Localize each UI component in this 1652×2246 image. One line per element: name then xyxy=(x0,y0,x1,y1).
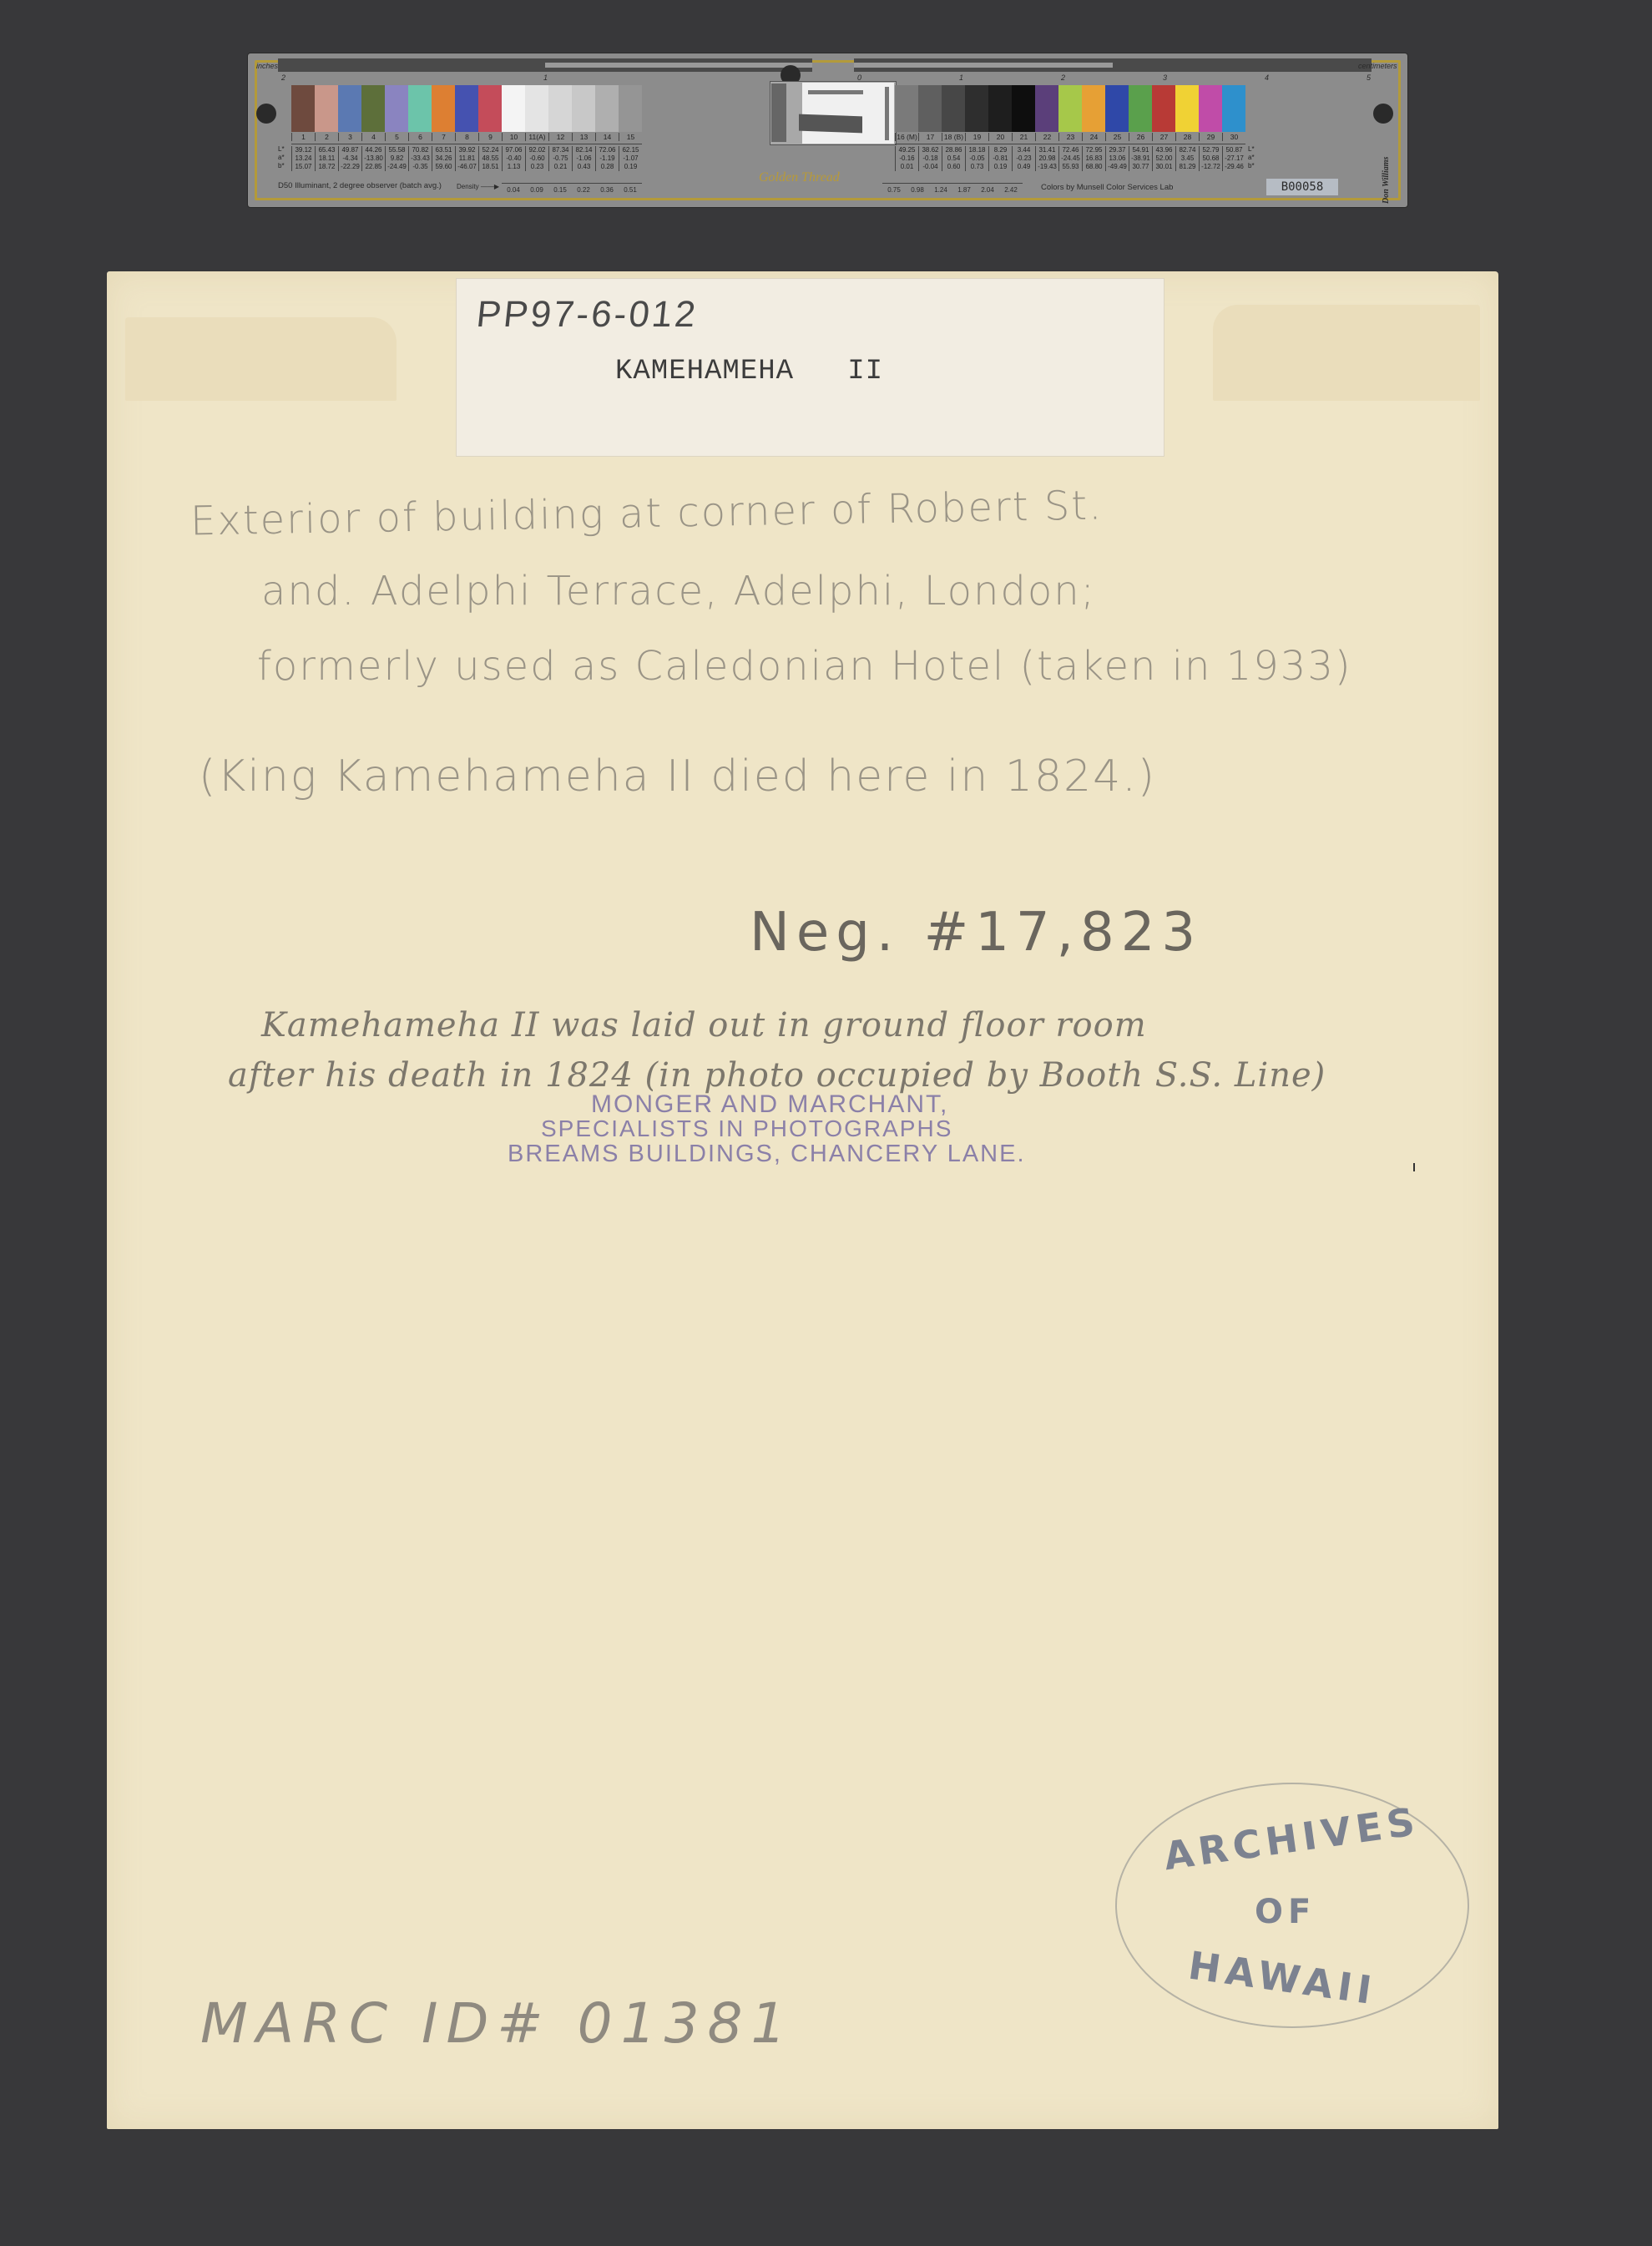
script-note-line: after his death in 1824 (in photo occupi… xyxy=(228,1056,1326,1095)
lab-value: 16.83 xyxy=(1083,154,1105,163)
lab-value: 29.37 xyxy=(1106,146,1129,154)
color-swatch xyxy=(595,85,619,132)
patch-number: 13 xyxy=(572,133,595,141)
color-calibration-target: inches 2 1 0 centimeters 0 1 2 3 4 5 1 2… xyxy=(248,53,1407,207)
lab-value: 0.43 xyxy=(573,163,595,171)
lab-value: 43.96 xyxy=(1153,146,1175,154)
catalog-label: PP97-6-012 KAMEHAMEHA II xyxy=(456,278,1164,457)
lab-value: 72.46 xyxy=(1059,146,1082,154)
cm-mark: 2 xyxy=(1061,73,1065,82)
patch-number: 11(A) xyxy=(525,133,548,141)
lab-value: -0.81 xyxy=(989,154,1012,163)
color-swatch xyxy=(1012,85,1035,132)
lab-value: 97.06 xyxy=(503,146,525,154)
pencil-note-line: Exterior of building at corner of Robert… xyxy=(190,482,1104,544)
lab-values-right: 49.25-0.160.0138.62-0.18-0.0428.860.540.… xyxy=(895,144,1245,171)
patch-numbers-right: 16 (M) 17 18 (B) 19 20 21 22 23 24 25 26… xyxy=(895,133,1245,141)
lab-value: 59.60 xyxy=(432,163,455,171)
lab-value-column: 29.3713.06-49.49 xyxy=(1105,146,1129,171)
inch-unit-label: inches xyxy=(256,62,278,70)
color-swatch xyxy=(1175,85,1199,132)
lab-axis-label: L* xyxy=(1248,145,1255,154)
color-swatch xyxy=(1152,85,1175,132)
lab-value: 62.15 xyxy=(619,146,642,154)
patch-number: 22 xyxy=(1035,133,1058,141)
patch-number: 12 xyxy=(548,133,572,141)
studio-stamp-line: MONGER AND MARCHANT, xyxy=(591,1092,948,1117)
color-swatch xyxy=(478,85,502,132)
lab-value: 82.14 xyxy=(573,146,595,154)
cm-mark: 3 xyxy=(1163,73,1167,82)
color-swatch xyxy=(432,85,455,132)
lab-value: -0.05 xyxy=(966,154,988,163)
lab-value: 39.92 xyxy=(456,146,478,154)
lab-value: 92.02 xyxy=(526,146,548,154)
density-value: 1.87 xyxy=(952,186,976,194)
lab-value: -0.18 xyxy=(919,154,942,163)
lab-value: 18.51 xyxy=(479,163,502,171)
lab-value: -1.06 xyxy=(573,154,595,163)
script-note-line: Kamehameha II was laid out in ground flo… xyxy=(261,1006,1147,1045)
cm-mark: 1 xyxy=(959,73,963,82)
patch-number: 23 xyxy=(1058,133,1082,141)
cm-unit-label: centimeters xyxy=(1358,62,1397,70)
studio-stamp-line: SPECIALISTS IN PHOTOGRAPHS xyxy=(541,1117,952,1141)
density-value: 0.22 xyxy=(572,186,595,194)
lab-value-column: 70.82-33.43-0.35 xyxy=(408,146,432,171)
lab-value: -0.75 xyxy=(549,154,572,163)
lab-value: 30.01 xyxy=(1153,163,1175,171)
archives-of-hawaii-stamp: ARCHIVES OF HAWAII xyxy=(1115,1783,1469,2028)
lab-value: 39.12 xyxy=(292,146,315,154)
resolution-target xyxy=(770,81,897,145)
lab-axis-label: a* xyxy=(1248,154,1255,162)
color-swatch xyxy=(548,85,572,132)
lab-value-column: 50.87-27.17-29.46 xyxy=(1222,146,1245,171)
color-swatch xyxy=(572,85,595,132)
studio-stamp-line: BREAMS BUILDINGS, CHANCERY LANE. xyxy=(508,1142,1026,1166)
lab-value: 48.55 xyxy=(479,154,502,163)
lab-axis-label: b* xyxy=(1248,162,1255,170)
lab-value: 30.77 xyxy=(1129,163,1152,171)
patch-number: 4 xyxy=(361,133,385,141)
patch-number: 19 xyxy=(965,133,988,141)
patch-number: 7 xyxy=(432,133,455,141)
lab-value-column: 28.860.540.60 xyxy=(942,146,965,171)
patch-number: 30 xyxy=(1222,133,1245,141)
lab-value: 34.26 xyxy=(432,154,455,163)
lab-value: 72.95 xyxy=(1083,146,1105,154)
lab-value: -24.45 xyxy=(1059,154,1082,163)
lab-value: 0.73 xyxy=(966,163,988,171)
lab-value: 11.81 xyxy=(456,154,478,163)
patch-number: 15 xyxy=(619,133,642,141)
color-swatch xyxy=(965,85,988,132)
swatch-row-left xyxy=(291,85,642,132)
lab-value: 13.06 xyxy=(1106,154,1129,163)
patch-number: 9 xyxy=(478,133,502,141)
color-swatch xyxy=(1105,85,1129,132)
lab-value-column: 92.02-0.600.23 xyxy=(525,146,548,171)
lab-value-column: 62.15-1.070.19 xyxy=(619,146,642,171)
color-swatch xyxy=(291,85,315,132)
density-value: 0.51 xyxy=(619,186,642,194)
lab-value-column: 43.9652.0030.01 xyxy=(1152,146,1175,171)
color-swatch xyxy=(1035,85,1058,132)
lab-value: 49.87 xyxy=(339,146,361,154)
density-value: 0.36 xyxy=(595,186,619,194)
patch-number: 26 xyxy=(1129,133,1152,141)
color-swatch xyxy=(942,85,965,132)
color-swatch xyxy=(525,85,548,132)
lab-value: 0.49 xyxy=(1013,163,1035,171)
lab-value: -49.49 xyxy=(1106,163,1129,171)
color-swatch xyxy=(385,85,408,132)
color-swatch xyxy=(895,85,918,132)
lab-value: 22.85 xyxy=(362,163,385,171)
color-swatch xyxy=(1082,85,1105,132)
lab-value-column: 49.25-0.160.01 xyxy=(895,146,918,171)
lab-value: 0.19 xyxy=(989,163,1012,171)
lab-value: 31.41 xyxy=(1036,146,1058,154)
lab-value-column: 38.62-0.18-0.04 xyxy=(918,146,942,171)
lab-value-column: 87.34-0.750.21 xyxy=(548,146,572,171)
lab-value: -0.23 xyxy=(1013,154,1035,163)
color-swatch xyxy=(988,85,1012,132)
lab-value: 0.60 xyxy=(942,163,965,171)
lab-value: -0.04 xyxy=(919,163,942,171)
lab-value: 0.23 xyxy=(526,163,548,171)
patch-number: 10 xyxy=(502,133,525,141)
pencil-note-line: (King Kamehameha II died here in 1824.) xyxy=(199,751,1156,802)
lab-value: -27.17 xyxy=(1223,154,1245,163)
patch-number: 25 xyxy=(1105,133,1129,141)
stamp-middle-word: OF xyxy=(1255,1893,1316,1931)
lab-value: 0.01 xyxy=(896,163,918,171)
label-title: KAMEHAMEHA II xyxy=(615,356,883,387)
lab-value: -33.43 xyxy=(409,154,432,163)
lab-value: 0.54 xyxy=(942,154,965,163)
lab-value: 55.93 xyxy=(1059,163,1082,171)
lab-value-column: 55.589.82-24.49 xyxy=(385,146,408,171)
color-swatch xyxy=(1058,85,1082,132)
lab-value: 18.72 xyxy=(316,163,338,171)
lab-value: 63.51 xyxy=(432,146,455,154)
swatch-row-right xyxy=(895,85,1245,132)
lab-value: 8.29 xyxy=(989,146,1012,154)
lab-value: -13.80 xyxy=(362,154,385,163)
inch-mark: 1 xyxy=(543,73,548,82)
batch-id: B00058 xyxy=(1266,179,1338,195)
lab-value-column: 65.4318.1118.72 xyxy=(315,146,338,171)
inch-ruler-bar xyxy=(278,58,812,72)
lab-value-column: 63.5134.2659.60 xyxy=(432,146,455,171)
lab-value: 49.25 xyxy=(896,146,918,154)
patch-number: 1 xyxy=(291,133,315,141)
lab-value: 18.18 xyxy=(966,146,988,154)
patch-number: 27 xyxy=(1152,133,1175,141)
lab-value: 9.82 xyxy=(386,154,408,163)
lab-value: -1.07 xyxy=(619,154,642,163)
patch-number: 5 xyxy=(385,133,408,141)
lab-value: 0.21 xyxy=(549,163,572,171)
density-value: 1.24 xyxy=(929,186,952,194)
density-value: 2.04 xyxy=(976,186,999,194)
patch-number: 17 xyxy=(918,133,942,141)
lab-axis-right: L* a* b* xyxy=(1248,145,1255,170)
lab-value: 81.29 xyxy=(1176,163,1199,171)
patch-number: 14 xyxy=(595,133,619,141)
adhesive-residue-right xyxy=(1213,305,1480,401)
patch-number: 18 (B) xyxy=(942,133,965,141)
photo-card-back: PP97-6-012 KAMEHAMEHA II Exterior of bui… xyxy=(107,271,1498,2129)
lab-value-column: 3.44-0.230.49 xyxy=(1012,146,1035,171)
lab-value-column: 44.26-13.8022.85 xyxy=(361,146,385,171)
marc-id: MARC ID# 01381 xyxy=(200,1991,795,2056)
mounting-hole xyxy=(256,104,276,124)
lab-value: -4.34 xyxy=(339,154,361,163)
density-value: 0.75 xyxy=(882,186,906,194)
color-swatch xyxy=(361,85,385,132)
patch-number: 20 xyxy=(988,133,1012,141)
lab-value: 20.98 xyxy=(1036,154,1058,163)
lab-value-column: 39.9211.81-46.07 xyxy=(455,146,478,171)
patch-number: 3 xyxy=(338,133,361,141)
lab-value-column: 49.87-4.34-22.29 xyxy=(338,146,361,171)
lab-value: 52.24 xyxy=(479,146,502,154)
lab-axis-label: a* xyxy=(278,154,285,162)
pencil-note-line: formerly used as Caledonian Hotel (taken… xyxy=(257,643,1352,690)
cm-ruler-bar xyxy=(854,58,1372,72)
lab-value: -0.60 xyxy=(526,154,548,163)
color-swatch xyxy=(1199,85,1222,132)
lab-value: 3.45 xyxy=(1176,154,1199,163)
patch-number: 28 xyxy=(1175,133,1199,141)
lab-value-column: 39.1213.2415.07 xyxy=(291,146,315,171)
color-swatch xyxy=(408,85,432,132)
lab-value-column: 72.9516.8368.80 xyxy=(1082,146,1105,171)
lab-value: 13.24 xyxy=(292,154,315,163)
lab-value: 44.26 xyxy=(362,146,385,154)
lab-value: -46.07 xyxy=(456,163,478,171)
pencil-note-line: and. Adelphi Terrace, Adelphi, London; xyxy=(261,568,1096,615)
lab-value: 72.06 xyxy=(596,146,619,154)
lab-value-column: 82.14-1.060.43 xyxy=(572,146,595,171)
lab-value: 0.19 xyxy=(619,163,642,171)
patch-number: 21 xyxy=(1012,133,1035,141)
patch-number: 24 xyxy=(1082,133,1105,141)
color-swatch xyxy=(338,85,361,132)
lab-value: -24.49 xyxy=(386,163,408,171)
lab-value-column: 8.29-0.810.19 xyxy=(988,146,1012,171)
lab-value-column: 82.743.4581.29 xyxy=(1175,146,1199,171)
lab-value: 3.44 xyxy=(1013,146,1035,154)
lab-value: 82.74 xyxy=(1176,146,1199,154)
color-swatch xyxy=(502,85,525,132)
lab-value-column: 72.46-24.4555.93 xyxy=(1058,146,1082,171)
lab-value: 52.79 xyxy=(1200,146,1222,154)
lab-value-column: 52.2448.5518.51 xyxy=(478,146,502,171)
lab-value: -0.35 xyxy=(409,163,432,171)
lab-value-column: 31.4120.98-19.43 xyxy=(1035,146,1058,171)
color-swatch xyxy=(1129,85,1152,132)
brand-logo: Golden Thread xyxy=(759,170,840,185)
munsell-credit: Colors by Munsell Color Services Lab xyxy=(1041,183,1173,192)
lab-value: 15.07 xyxy=(292,163,315,171)
density-value: 0.98 xyxy=(906,186,929,194)
color-swatch xyxy=(1222,85,1245,132)
color-swatch xyxy=(619,85,642,132)
lab-value: 18.11 xyxy=(316,154,338,163)
lab-value: 50.68 xyxy=(1200,154,1222,163)
lab-value: -1.19 xyxy=(596,154,619,163)
stamp-bottom-word: HAWAII xyxy=(1185,1942,1379,2013)
patch-numbers-left: 1 2 3 4 5 6 7 8 9 10 11(A) 12 13 14 15 xyxy=(291,133,642,141)
lab-axis-label: b* xyxy=(278,162,285,170)
lab-value-column: 52.7950.68-12.72 xyxy=(1199,146,1222,171)
lab-value: 38.62 xyxy=(919,146,942,154)
adhesive-residue-left xyxy=(125,317,397,401)
lab-value: -19.43 xyxy=(1036,163,1058,171)
catalog-id: PP97-6-012 xyxy=(474,294,700,336)
lab-value: 52.00 xyxy=(1153,154,1175,163)
color-swatch xyxy=(918,85,942,132)
pencil-mark xyxy=(1413,1163,1415,1171)
patch-number: 16 (M) xyxy=(895,133,918,141)
lab-value-column: 97.06-0.401.13 xyxy=(502,146,525,171)
lab-value: 0.28 xyxy=(596,163,619,171)
density-label: Density ——▶ xyxy=(457,183,499,190)
lab-value: -0.40 xyxy=(503,154,525,163)
signature: Don Williams xyxy=(1382,112,1395,204)
lab-value: -0.16 xyxy=(896,154,918,163)
cm-mark: 5 xyxy=(1367,73,1371,82)
lab-value: -29.46 xyxy=(1223,163,1245,171)
lab-value: 1.13 xyxy=(503,163,525,171)
patch-number: 2 xyxy=(315,133,338,141)
lab-axis-left: L* a* b* xyxy=(278,145,285,170)
density-value: 0.09 xyxy=(525,186,548,194)
patch-number: 29 xyxy=(1199,133,1222,141)
lab-value: 55.58 xyxy=(386,146,408,154)
lab-value: 68.80 xyxy=(1083,163,1105,171)
lab-value: 70.82 xyxy=(409,146,432,154)
color-swatch xyxy=(315,85,338,132)
lab-value: 28.86 xyxy=(942,146,965,154)
lab-value-column: 18.18-0.050.73 xyxy=(965,146,988,171)
lab-value: 50.87 xyxy=(1223,146,1245,154)
lab-value: 54.91 xyxy=(1129,146,1152,154)
inch-mark: 2 xyxy=(281,73,285,82)
lab-value-column: 54.91-38.9130.77 xyxy=(1129,146,1152,171)
density-value: 0.15 xyxy=(548,186,572,194)
lab-value: -22.29 xyxy=(339,163,361,171)
lab-value: -12.72 xyxy=(1200,163,1222,171)
color-swatch xyxy=(455,85,478,132)
density-values-right: 0.75 0.98 1.24 1.87 2.04 2.42 xyxy=(882,183,1023,194)
density-value: 2.42 xyxy=(999,186,1023,194)
lab-value-column: 72.06-1.190.28 xyxy=(595,146,619,171)
stamp-top-word: ARCHIVES xyxy=(1161,1798,1422,1879)
lab-value: 65.43 xyxy=(316,146,338,154)
patch-number: 6 xyxy=(408,133,432,141)
cm-mark: 4 xyxy=(1265,73,1269,82)
negative-number: Neg. #17,823 xyxy=(750,902,1202,964)
lab-value: -38.91 xyxy=(1129,154,1152,163)
density-values-left: 0.04 0.09 0.15 0.22 0.36 0.51 xyxy=(502,183,642,194)
density-value: 0.04 xyxy=(502,186,525,194)
lab-values-left: 39.1213.2415.0765.4318.1118.7249.87-4.34… xyxy=(291,144,642,171)
illuminant-note: D50 Illuminant, 2 degree observer (batch… xyxy=(278,181,442,190)
lab-value: 87.34 xyxy=(549,146,572,154)
lab-axis-label: L* xyxy=(278,145,285,154)
patch-number: 8 xyxy=(455,133,478,141)
